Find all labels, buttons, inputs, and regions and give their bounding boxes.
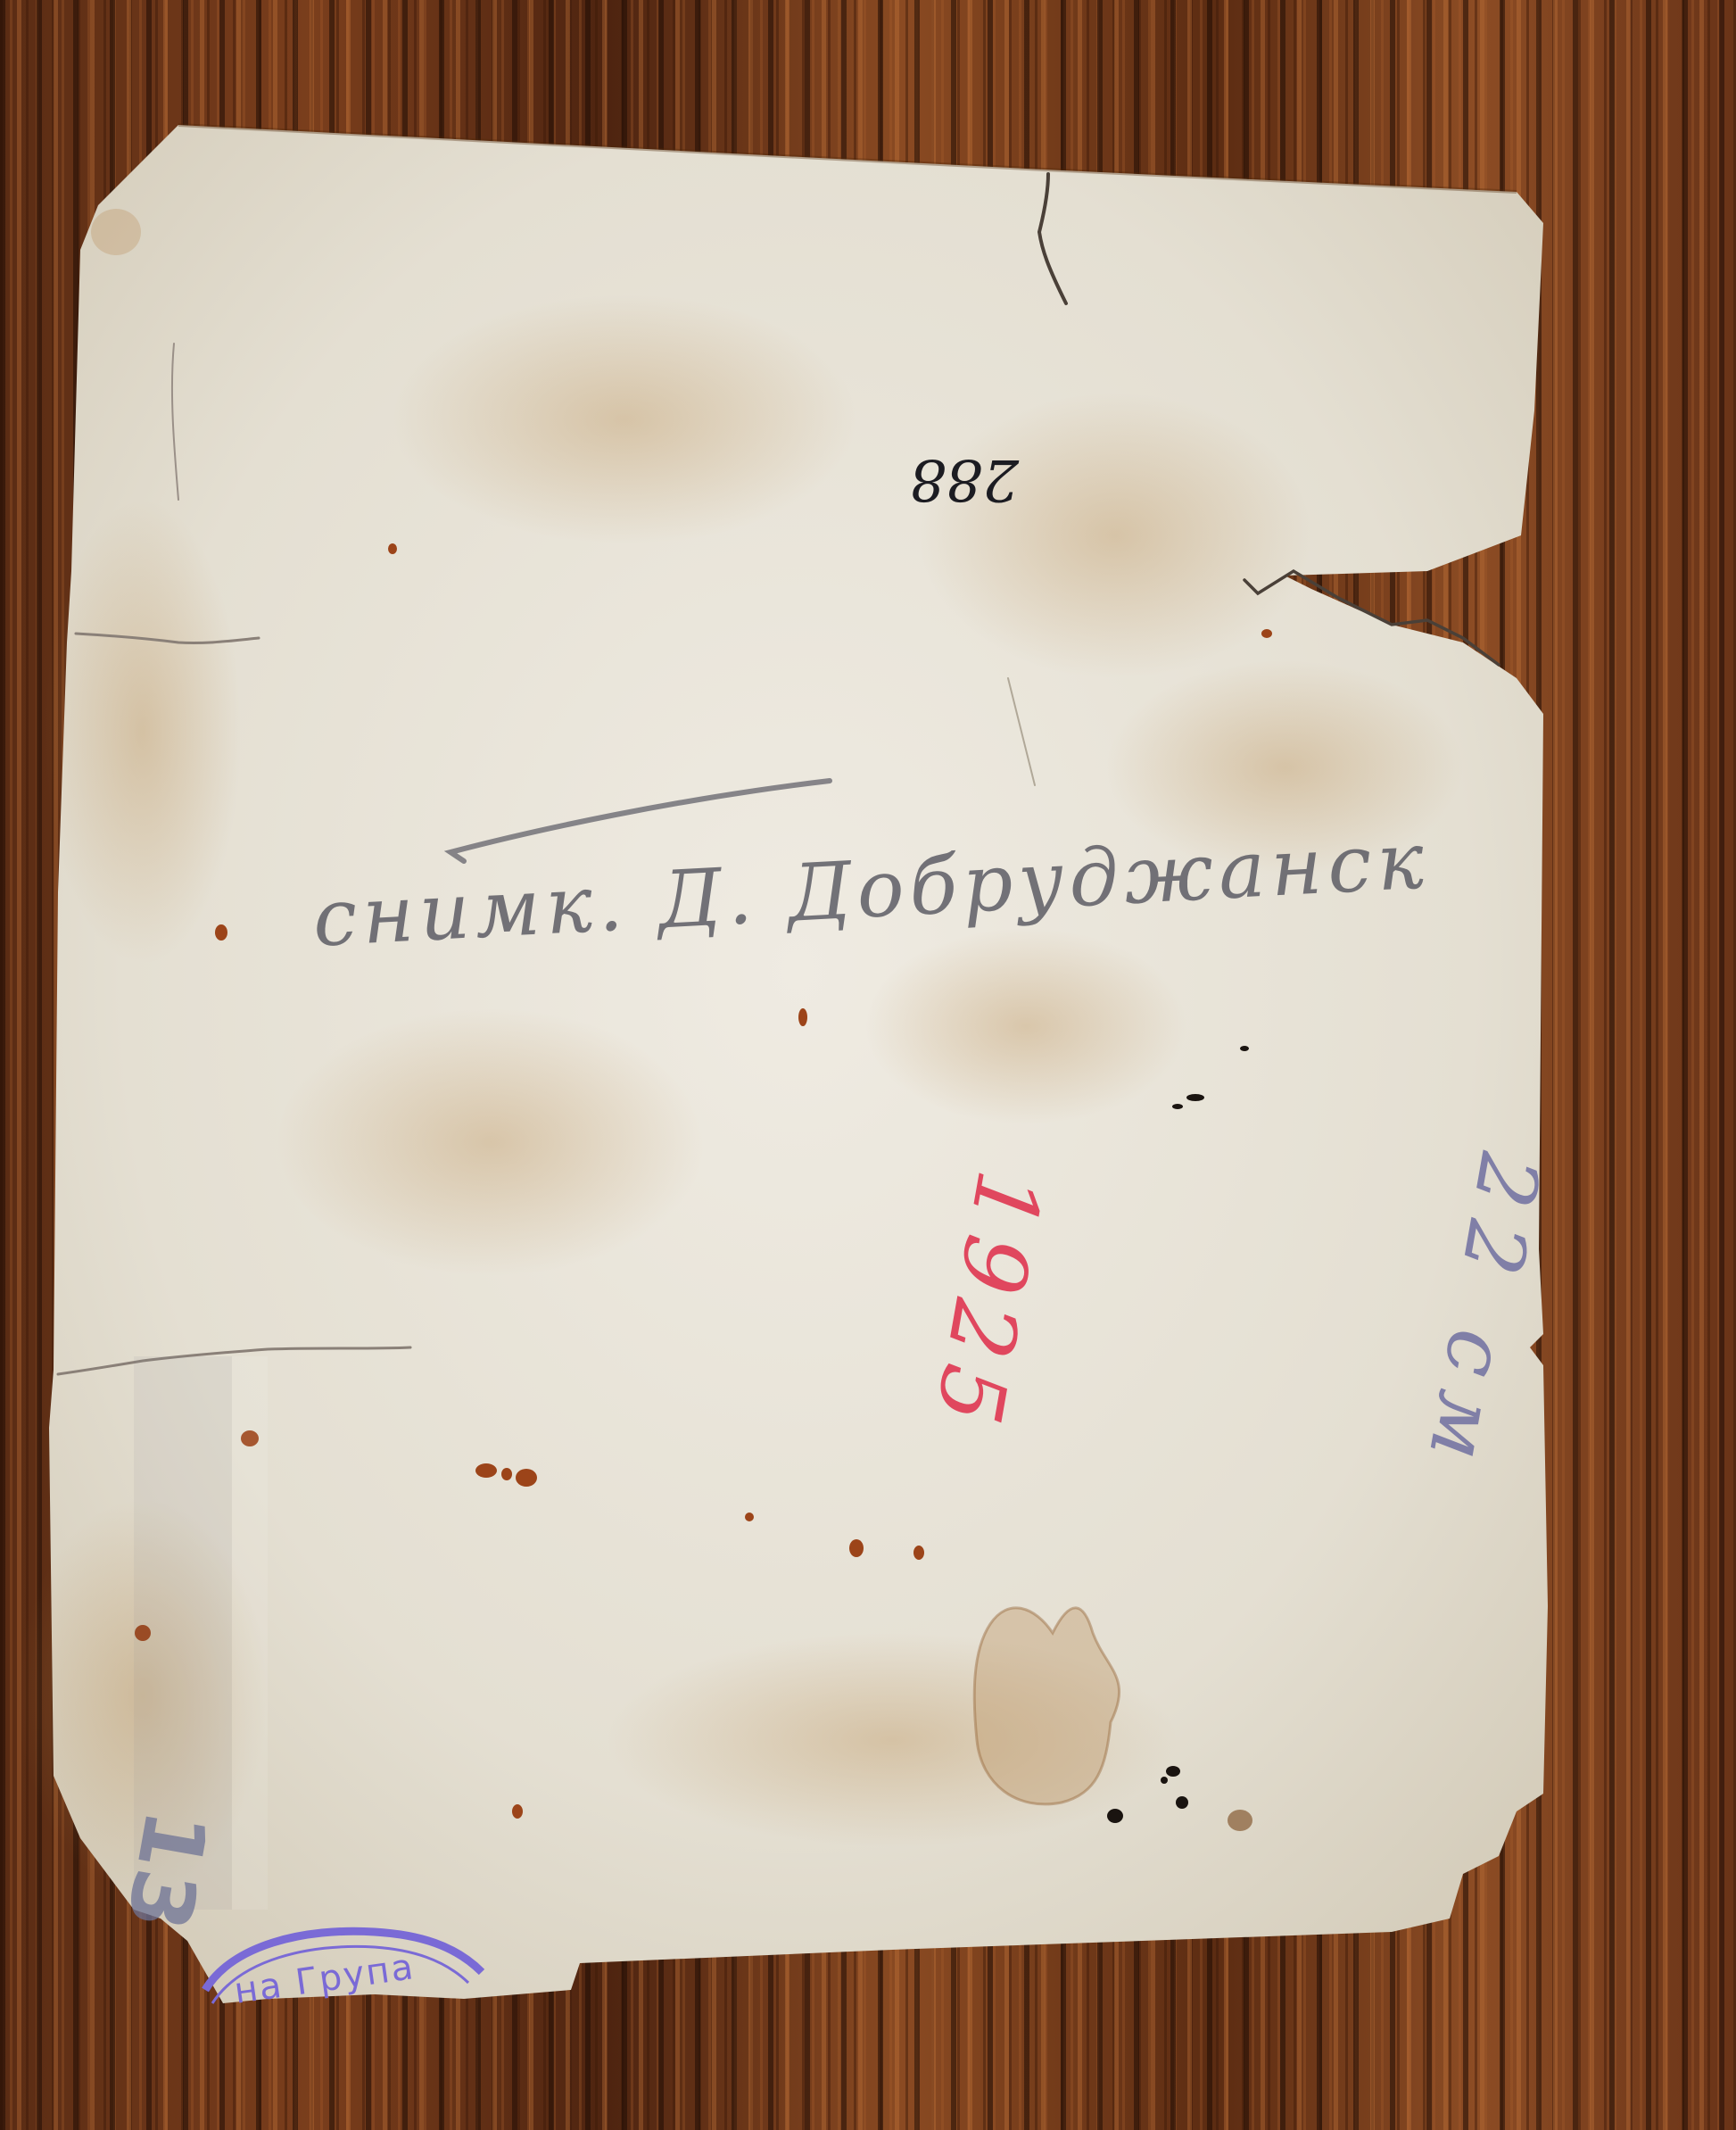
photo-scene: 288 снимк. Д. Добруджанск 1925 22 см 13 … [0,0,1736,2130]
aged-paper-sheet [0,0,1736,2130]
